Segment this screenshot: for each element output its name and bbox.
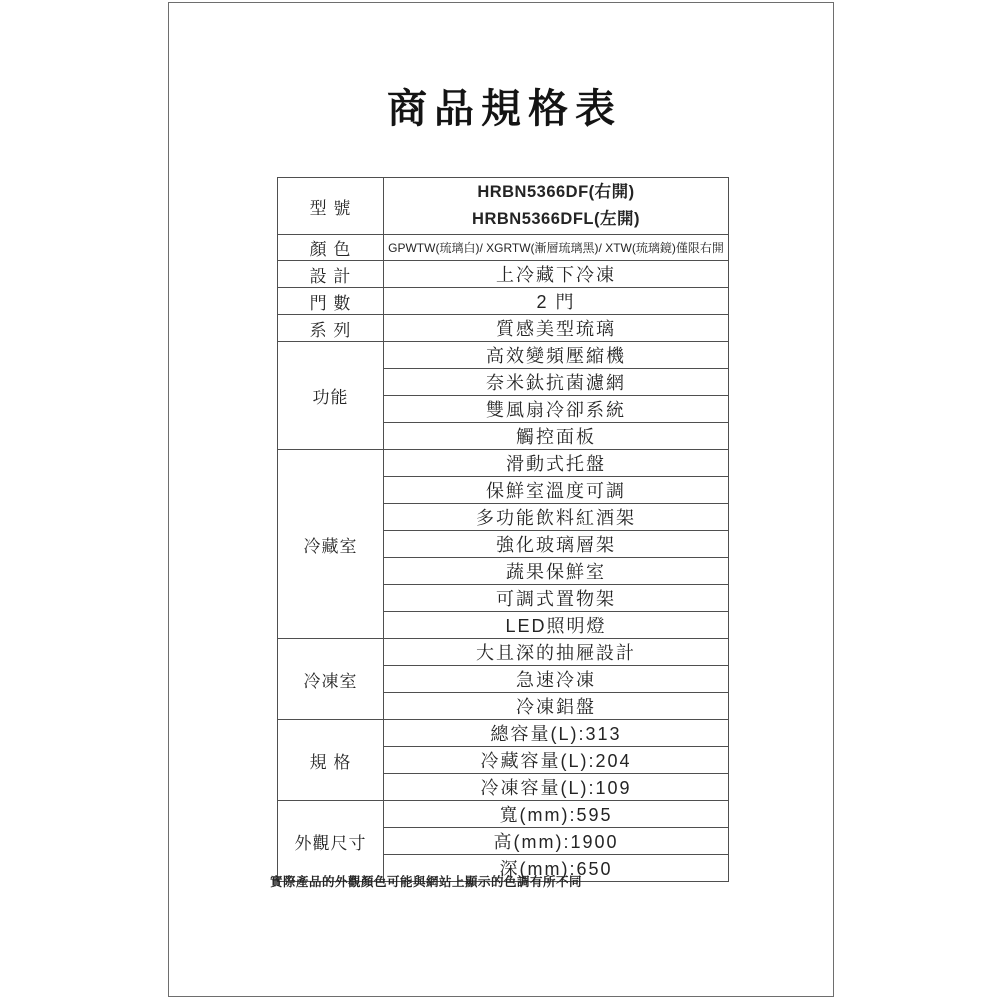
spec-value-cell: 滑動式托盤 xyxy=(384,450,729,477)
spec-group-label: 門 數 xyxy=(278,288,384,315)
spec-group-label: 冷凍室 xyxy=(278,639,384,720)
spec-value-cell: 上冷藏下冷凍 xyxy=(384,261,729,288)
table-row: 顏 色GPWTW(琉璃白)/ XGRTW(漸層琉璃黑)/ XTW(琉璃鏡)僅限右… xyxy=(278,235,729,261)
table-row: 門 數2 門 xyxy=(278,288,729,315)
spec-value-cell: 總容量(L):313 xyxy=(384,720,729,747)
spec-value-cell: 強化玻璃層架 xyxy=(384,531,729,558)
table-row: 冷凍室大且深的抽屜設計 xyxy=(278,639,729,666)
spec-value-cell: 冷凍鋁盤 xyxy=(384,693,729,720)
spec-group-label: 設 計 xyxy=(278,261,384,288)
spec-table-body: 型 號HRBN5366DF(右開)HRBN5366DFL(左開)顏 色GPWTW… xyxy=(278,178,729,882)
spec-group-label: 功能 xyxy=(278,342,384,450)
table-row: 型 號HRBN5366DF(右開)HRBN5366DFL(左開) xyxy=(278,178,729,235)
spec-value-cell: 冷藏容量(L):204 xyxy=(384,747,729,774)
table-row: 外觀尺寸寬(mm):595 xyxy=(278,801,729,828)
spec-value-cell: 保鮮室溫度可調 xyxy=(384,477,729,504)
spec-value-cell: LED照明燈 xyxy=(384,612,729,639)
screenshot-canvas: 商品規格表 型 號HRBN5366DF(右開)HRBN5366DFL(左開)顏 … xyxy=(0,0,1000,1000)
spec-value-cell: HRBN5366DF(右開)HRBN5366DFL(左開) xyxy=(384,178,729,235)
spec-value-cell: 冷凍容量(L):109 xyxy=(384,774,729,801)
spec-group-label: 型 號 xyxy=(278,178,384,235)
footnote: 實際產品的外觀顏色可能與網站上顯示的色調有所不同 xyxy=(270,872,582,890)
page-frame: 商品規格表 型 號HRBN5366DF(右開)HRBN5366DFL(左開)顏 … xyxy=(168,2,834,997)
spec-table: 型 號HRBN5366DF(右開)HRBN5366DFL(左開)顏 色GPWTW… xyxy=(277,177,729,882)
spec-value-cell: 急速冷凍 xyxy=(384,666,729,693)
table-row: 功能高效變頻壓縮機 xyxy=(278,342,729,369)
spec-value-cell: 質感美型琉璃 xyxy=(384,315,729,342)
spec-value-cell: 大且深的抽屜設計 xyxy=(384,639,729,666)
spec-value-cell: 高(mm):1900 xyxy=(384,828,729,855)
spec-group-label: 冷藏室 xyxy=(278,450,384,639)
spec-value-cell: 多功能飲料紅酒架 xyxy=(384,504,729,531)
spec-value-cell: 雙風扇冷卻系統 xyxy=(384,396,729,423)
spec-value-cell: GPWTW(琉璃白)/ XGRTW(漸層琉璃黑)/ XTW(琉璃鏡)僅限右開 xyxy=(384,235,729,261)
spec-group-label: 外觀尺寸 xyxy=(278,801,384,882)
spec-group-label: 系 列 xyxy=(278,315,384,342)
page-title: 商品規格表 xyxy=(169,77,833,134)
spec-value-cell: 寬(mm):595 xyxy=(384,801,729,828)
model-number-line: HRBN5366DFL(左開) xyxy=(384,206,728,233)
table-row: 系 列質感美型琉璃 xyxy=(278,315,729,342)
spec-value-cell: 奈米鈦抗菌濾網 xyxy=(384,369,729,396)
spec-value-cell: 高效變頻壓縮機 xyxy=(384,342,729,369)
spec-group-label: 規 格 xyxy=(278,720,384,801)
table-row: 設 計上冷藏下冷凍 xyxy=(278,261,729,288)
table-row: 冷藏室滑動式托盤 xyxy=(278,450,729,477)
spec-value-cell: 觸控面板 xyxy=(384,423,729,450)
spec-group-label: 顏 色 xyxy=(278,235,384,261)
spec-value-cell: 可調式置物架 xyxy=(384,585,729,612)
table-row: 規 格總容量(L):313 xyxy=(278,720,729,747)
spec-value-cell: 蔬果保鮮室 xyxy=(384,558,729,585)
model-number-line: HRBN5366DF(右開) xyxy=(384,179,728,206)
spec-value-cell: 2 門 xyxy=(384,288,729,315)
